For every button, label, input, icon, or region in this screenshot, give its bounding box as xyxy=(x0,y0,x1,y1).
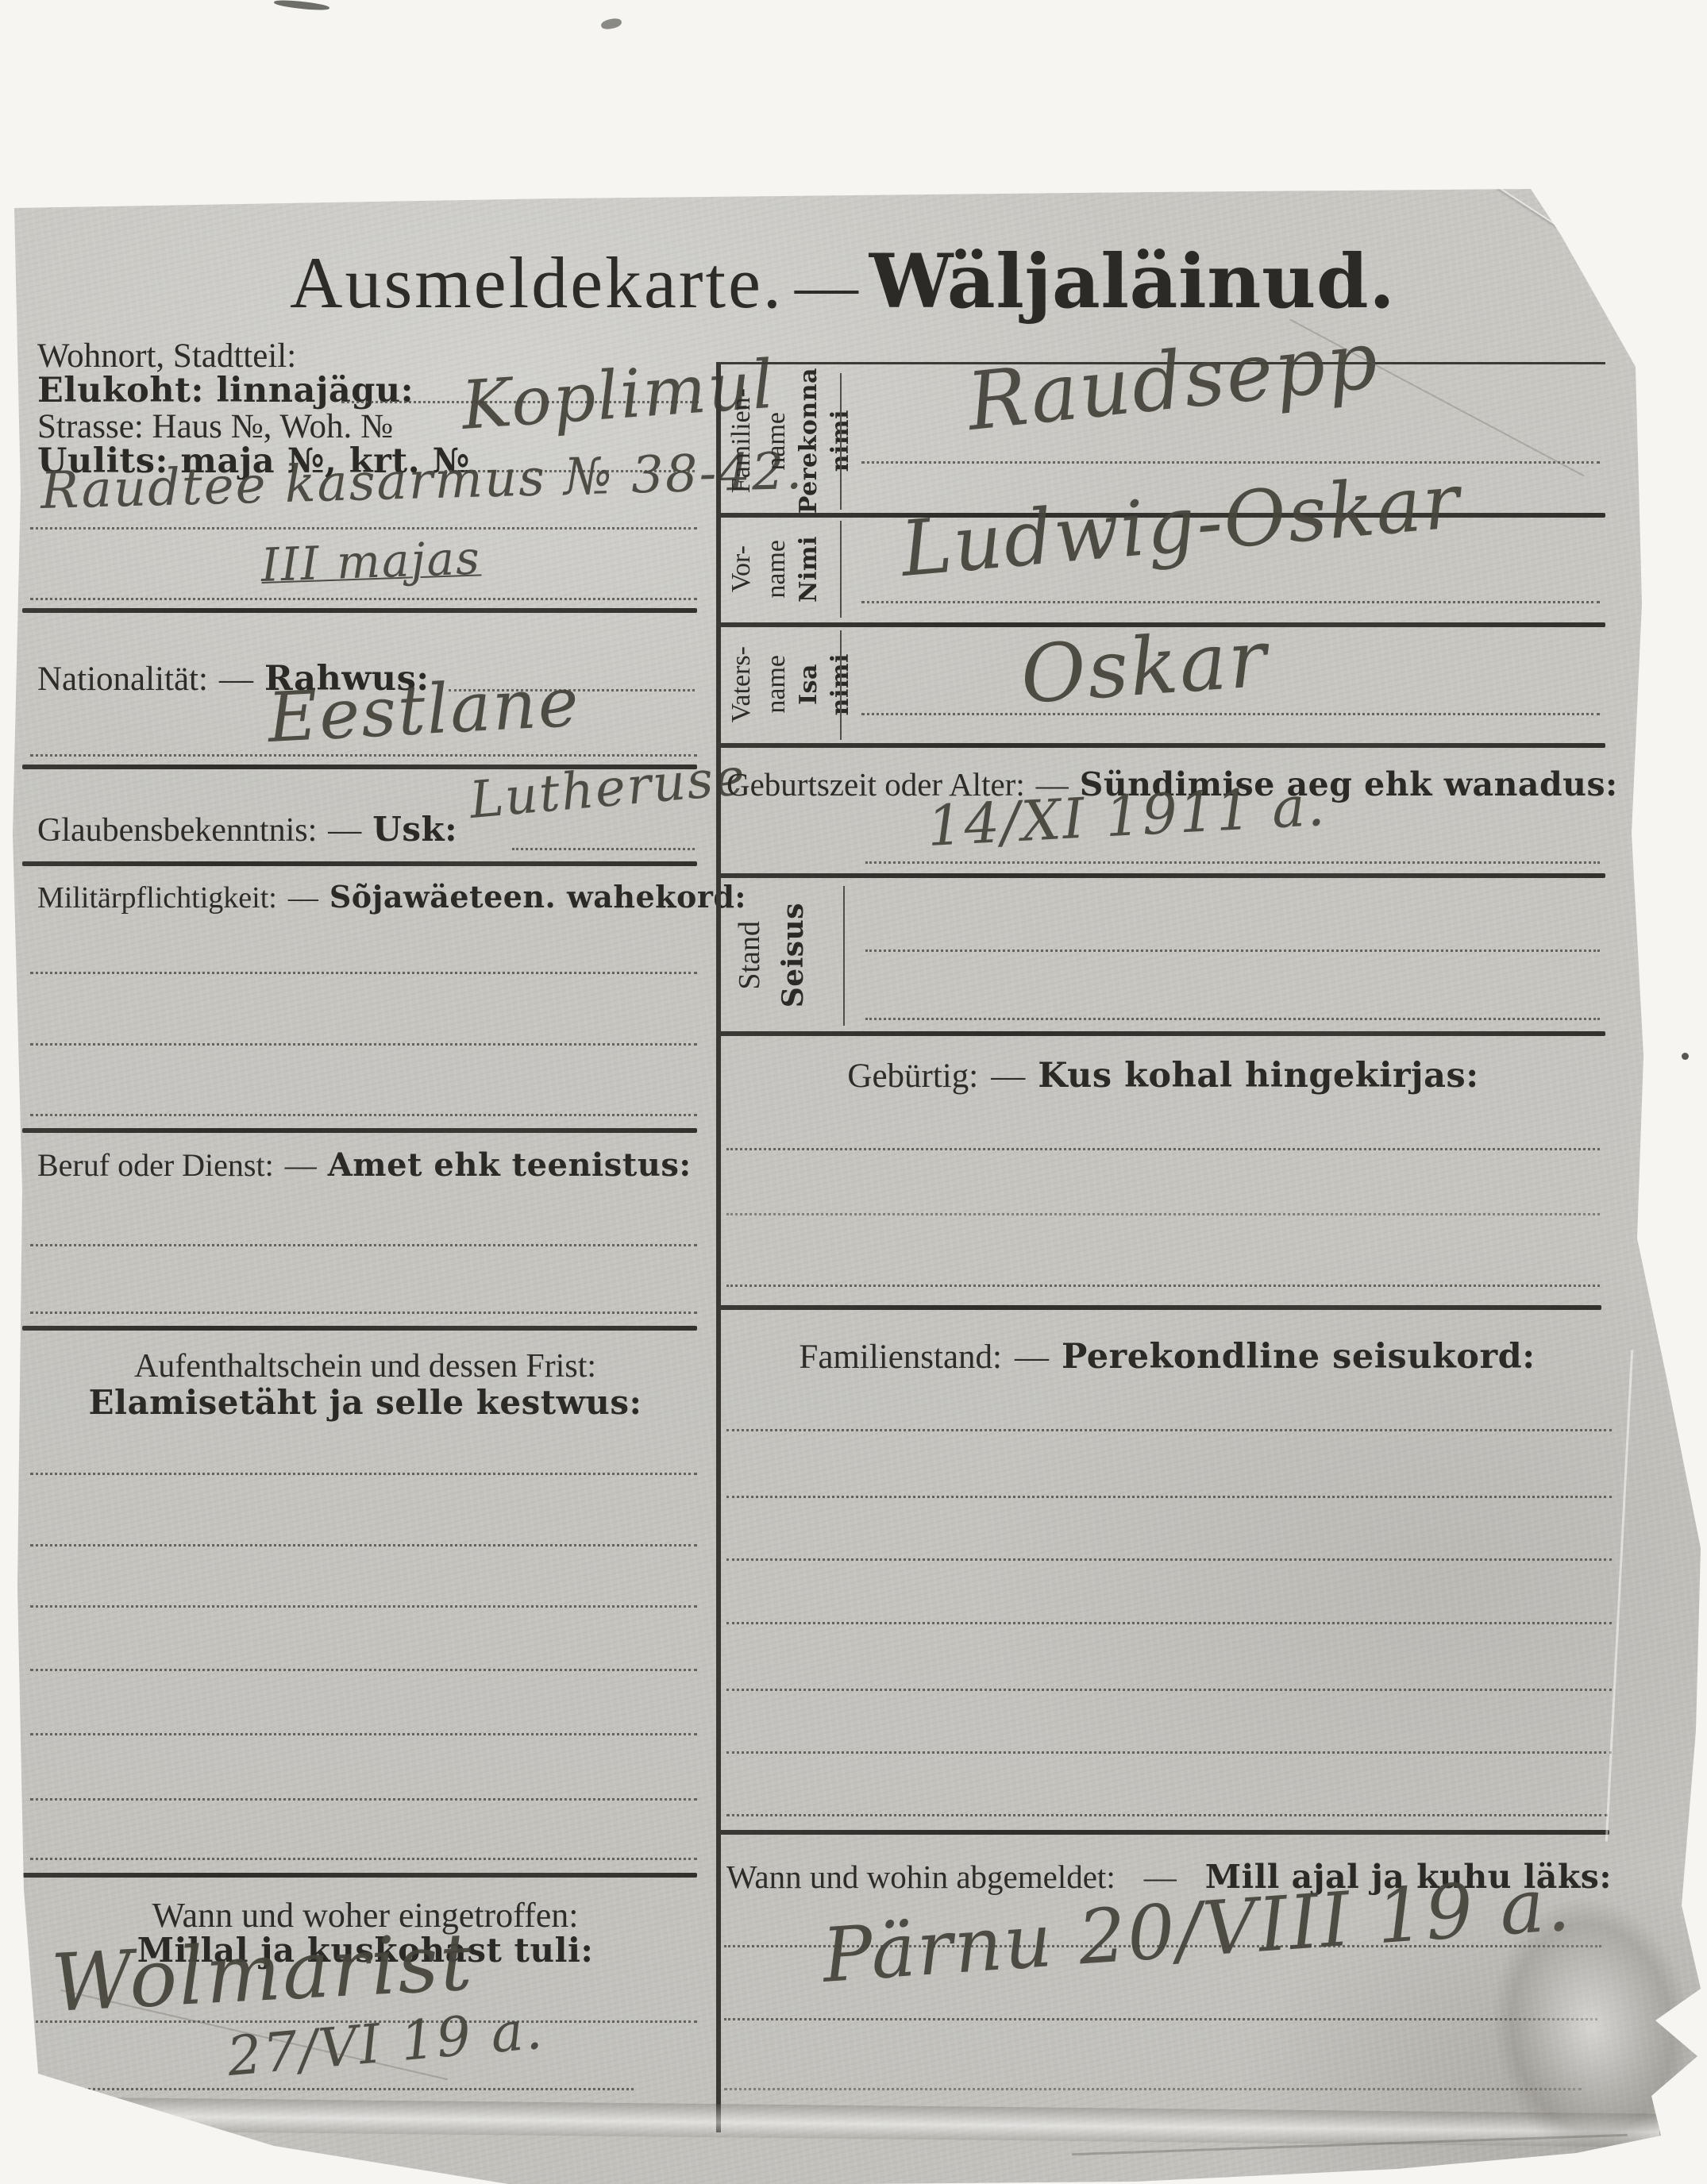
writing-line xyxy=(726,1622,1612,1624)
title-german: Ausmeldekarte. xyxy=(290,241,784,325)
first-name-label-de: Vor- xyxy=(727,545,756,592)
scan-speck xyxy=(274,0,330,12)
origin-label-de: Gebürtig: xyxy=(847,1057,978,1096)
paper-crease xyxy=(1484,177,1685,308)
row-divider xyxy=(716,743,1605,748)
writing-line xyxy=(30,1605,697,1608)
writing-line xyxy=(726,1148,1600,1150)
origin-label: Gebürtig: — Kus kohal hingekirjas: xyxy=(722,1056,1604,1096)
section-divider xyxy=(716,1830,1609,1835)
religion-label-et: Usk: xyxy=(372,810,457,849)
writing-line xyxy=(30,972,697,974)
writing-line xyxy=(30,1544,697,1547)
father-name-label-et: Isa xyxy=(796,664,822,705)
writing-line xyxy=(726,1751,1612,1754)
writing-line xyxy=(865,861,1600,864)
writing-line xyxy=(724,2018,1597,2020)
status-label-et: Seisus xyxy=(779,903,809,1007)
father-name-label: Vaters- name Isa nimi xyxy=(727,629,853,740)
writing-line xyxy=(726,1285,1600,1287)
title-dash: — xyxy=(795,251,858,323)
writing-line xyxy=(30,1043,697,1046)
father-name-label-de: name xyxy=(762,655,791,714)
writing-line xyxy=(30,754,697,757)
father-name-label-de: Vaters- xyxy=(727,646,756,722)
writing-line xyxy=(30,1244,697,1246)
nationality-entry-handwriting: Eestlane xyxy=(266,663,582,758)
writing-line xyxy=(861,713,1600,715)
writing-line xyxy=(726,1213,1600,1215)
writing-line xyxy=(726,1429,1612,1431)
label-dash: — xyxy=(991,1057,1025,1096)
scan-speck xyxy=(600,17,622,30)
family-name-label: Familien- name Perekonna nimi xyxy=(727,372,853,510)
writing-line xyxy=(726,1814,1608,1816)
family-name-handwriting: Raudsepp xyxy=(963,313,1384,449)
writing-line xyxy=(512,848,695,850)
departure-label-de: Wann und wohin abgemeldet: xyxy=(726,1858,1116,1896)
title-estonian: Wäljaläinud. xyxy=(869,238,1395,325)
section-divider xyxy=(716,1305,1601,1310)
father-name-handwriting: Oskar xyxy=(1018,612,1271,722)
writing-line xyxy=(861,601,1600,603)
card-title: Ausmeldekarte. — Wäljaläinud. xyxy=(290,238,1370,325)
status-label-de: Stand xyxy=(734,921,766,990)
writing-line xyxy=(30,1798,697,1801)
family-status-label: Familienstand: — Perekondline seisukord: xyxy=(722,1337,1612,1377)
family-name-label-de: Familien- xyxy=(727,388,756,493)
permit-label-de: Aufenthaltschein und dessen Frist: xyxy=(32,1347,699,1385)
writing-line xyxy=(30,527,697,530)
religion-label: Glaubensbekenntnis: — Usk: xyxy=(37,810,457,849)
registration-card: Ausmeldekarte. — Wäljaläinud. Wohnort, S… xyxy=(0,0,1707,2184)
section-divider xyxy=(22,1128,697,1133)
family-status-label-et: Perekondline seisukord: xyxy=(1062,1337,1536,1377)
paper-crease xyxy=(1072,2134,1628,2155)
writing-line xyxy=(726,1496,1612,1498)
paper-crease xyxy=(1605,1350,1633,1841)
religion-label-de: Glaubensbekenntnis: xyxy=(37,811,317,849)
section-divider xyxy=(716,1031,1605,1036)
writing-line xyxy=(726,1558,1612,1561)
label-dash: — xyxy=(219,660,253,699)
military-label-et: Sõjawäeteen. wahekord: xyxy=(329,879,746,915)
label-rule xyxy=(840,373,842,510)
paper-crease xyxy=(48,2097,1659,2147)
occupation-label: Beruf oder Dienst: — Amet ehk teenistus: xyxy=(37,1146,692,1184)
writing-line xyxy=(865,949,1600,952)
writing-line xyxy=(30,1669,697,1671)
first-name-label-et: Nimi xyxy=(796,536,822,603)
permit-label-et: Elamisetäht ja selle kestwus: xyxy=(32,1383,699,1422)
first-name-handwriting: Ludwig-Oskar xyxy=(897,456,1464,594)
writing-line xyxy=(726,1689,1612,1691)
section-divider xyxy=(22,861,697,866)
nationality-label-de: Nationalität: xyxy=(37,660,208,699)
first-name-label: Vor- name Nimi xyxy=(727,519,822,618)
residence-entry-handwriting: III majas xyxy=(260,530,482,592)
label-rule xyxy=(840,630,842,740)
residence-label-de: Wohnort, Stadtteil: xyxy=(37,337,296,376)
writing-line xyxy=(44,2161,306,2163)
military-label-de: Militärpflichtigkeit: xyxy=(37,880,277,915)
street-label-de: Strasse: Haus №, Woh. № xyxy=(37,407,393,446)
label-dash: — xyxy=(285,1146,317,1184)
writing-line xyxy=(30,1733,697,1735)
first-name-label-de: name xyxy=(762,540,791,599)
military-label: Militärpflichtigkeit: — Sõjawäeteen. wah… xyxy=(37,879,746,915)
occupation-label-et: Amet ehk teenistus: xyxy=(328,1146,692,1184)
writing-line xyxy=(861,461,1600,464)
occupation-label-de: Beruf oder Dienst: xyxy=(37,1146,274,1184)
column-divider xyxy=(716,362,721,2132)
section-divider xyxy=(22,608,697,613)
religion-entry-handwriting: Lutheruse xyxy=(468,748,749,830)
residence-label-et: Elukoht: linnajägu: xyxy=(37,371,414,410)
writing-line xyxy=(30,598,697,600)
writing-line xyxy=(865,1018,1600,1020)
label-rule xyxy=(843,886,845,1026)
label-dash: — xyxy=(328,811,361,849)
section-divider xyxy=(716,873,1605,878)
family-status-label-de: Familienstand: xyxy=(799,1338,1002,1377)
writing-line xyxy=(30,1858,697,1860)
scan-speck xyxy=(1682,1053,1689,1060)
scanned-document: Ausmeldekarte. — Wäljaläinud. Wohnort, S… xyxy=(0,0,1707,2184)
label-dash: — xyxy=(1015,1338,1049,1377)
origin-label-et: Kus kohal hingekirjas: xyxy=(1038,1056,1478,1096)
writing-line xyxy=(30,2088,634,2090)
section-divider xyxy=(22,1873,697,1878)
status-label: Stand Seisus xyxy=(734,883,809,1027)
family-name-label-de: name xyxy=(762,412,791,471)
writing-line xyxy=(30,1473,697,1475)
label-dash: — xyxy=(288,880,318,915)
label-rule xyxy=(840,521,842,618)
writing-line xyxy=(724,2088,1582,2090)
writing-line xyxy=(30,1114,697,1116)
writing-line xyxy=(30,1312,697,1314)
family-name-label-et: Perekonna xyxy=(796,368,822,514)
section-divider xyxy=(22,1326,697,1331)
